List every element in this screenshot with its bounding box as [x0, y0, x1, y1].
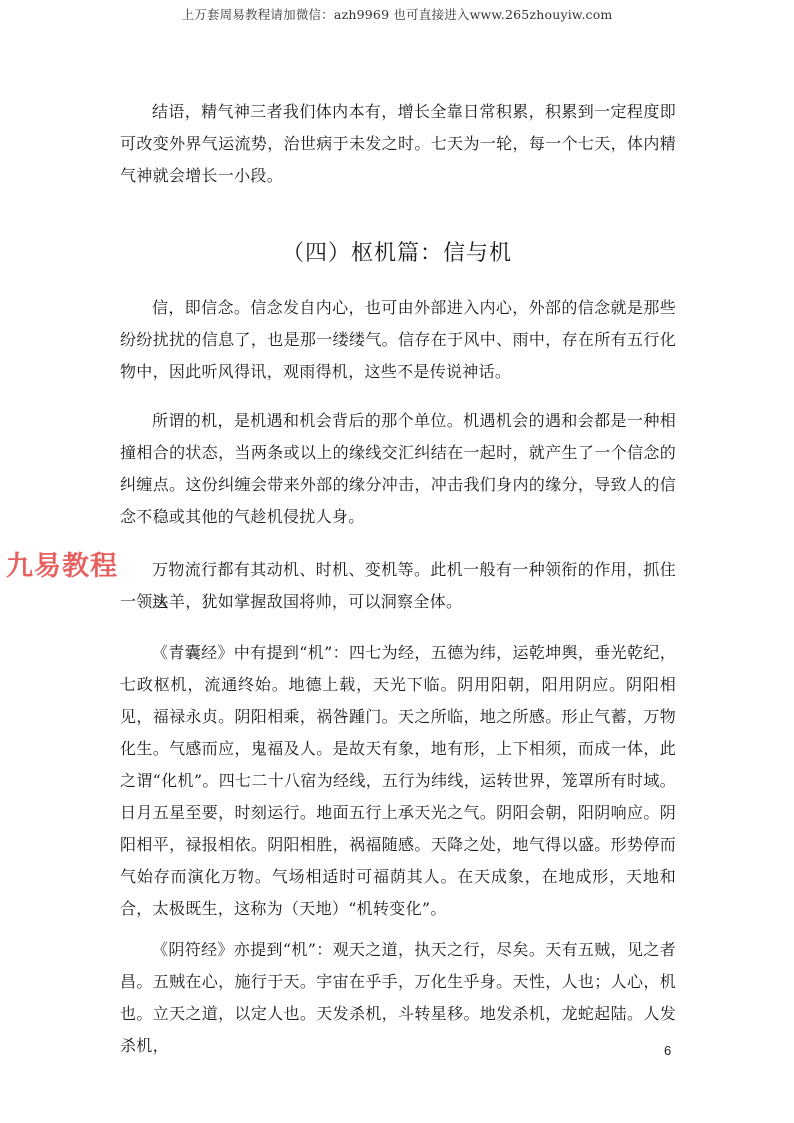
paragraph-xin: 信，即信念。信念发自内心，也可由外部进入内心，外部的信念就是那些纷纷扰扰的信息了… [120, 292, 676, 388]
section-title: （四）枢机篇：信与机 [0, 236, 794, 267]
paragraph-wanwu-line2: 一领头羊，犹如掌握敌国将帅，可以洞察全体。 [120, 586, 676, 618]
page-header-banner: 上万套周易教程请加微信：azh9969 也可直接进入www.265zhouyiw… [0, 5, 794, 23]
paragraph-qingnang: 《青囊经》中有提到“机”：四七为经，五德为纬，运乾坤舆，垂光乾纪，七政枢机，流通… [120, 637, 676, 925]
paragraph-conclusion: 结语，精气神三者我们体内本有，增长全靠日常积累，积累到一定程度即可改变外界气运流… [120, 96, 676, 192]
page-number: 6 [664, 1043, 671, 1058]
watermark-logo: 九易教程 [6, 544, 118, 583]
paragraph-yinfu: 《阴符经》亦提到“机”：观天之道，执天之行，尽矣。天有五贼，见之者昌。五贼在心，… [120, 934, 676, 1062]
paragraph-ji: 所谓的机，是机遇和机会背后的那个单位。机遇机会的遇和会都是一种相撞相合的状态，当… [120, 405, 676, 533]
